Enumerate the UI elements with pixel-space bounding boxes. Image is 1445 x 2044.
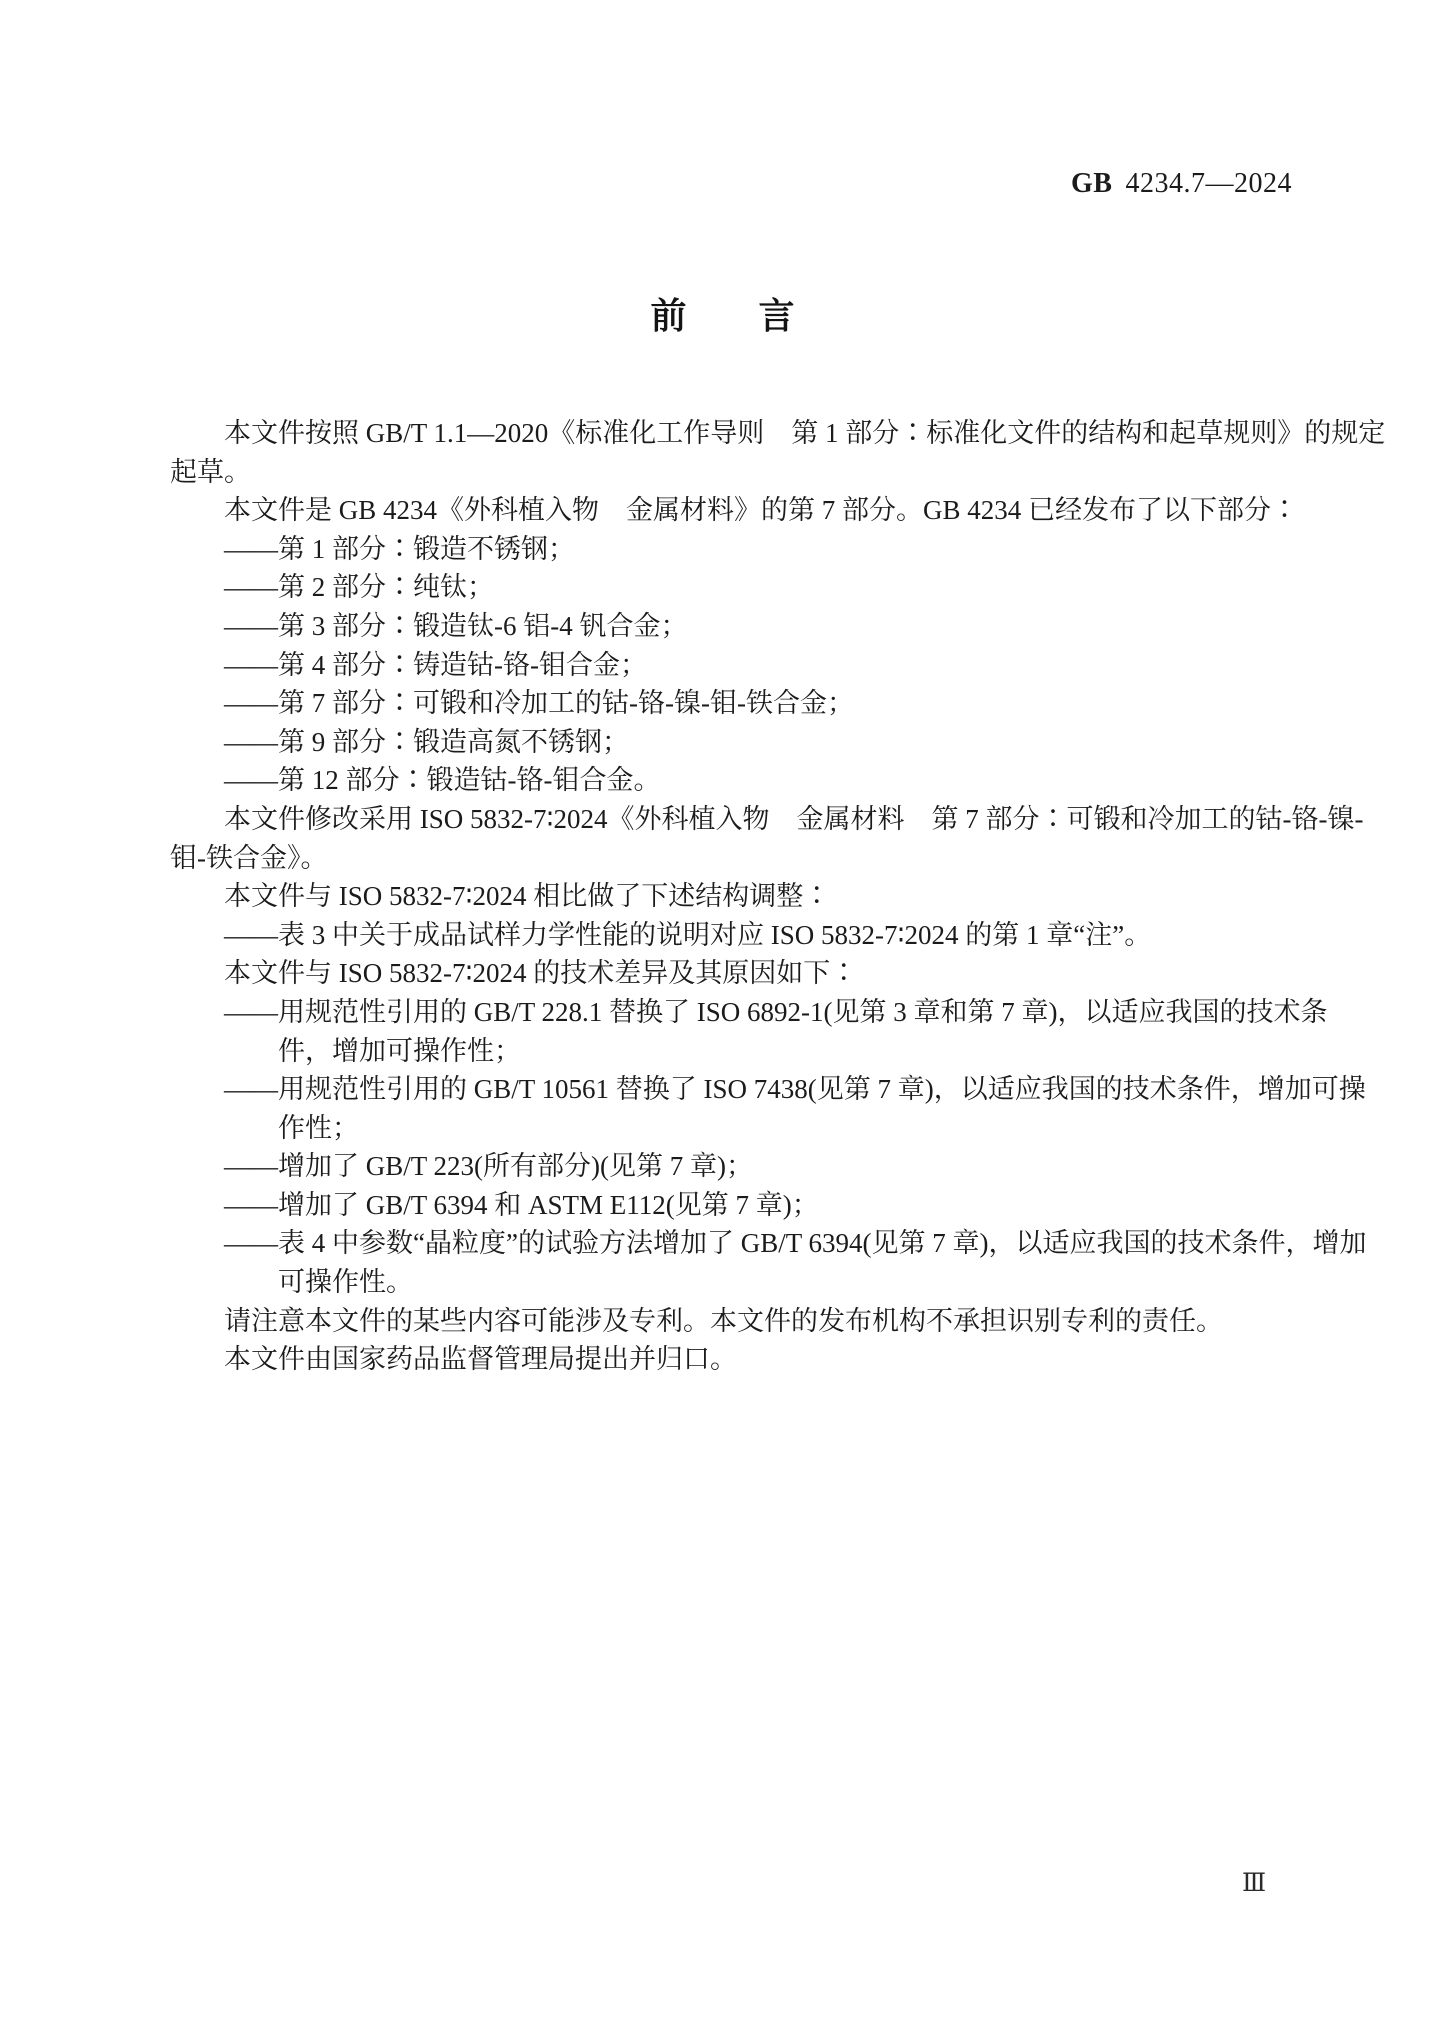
document-page: GB4234.7—2024 前 言 本文件按照 GB/T 1.1—2020《标准… [0, 0, 1445, 2044]
foreword-list-item: ——第 9 部分∶锻造高氮不锈钢； [170, 723, 1315, 762]
foreword-line: 本文件与 ISO 5832-7∶2024 的技术差异及其原因如下∶ [170, 954, 1315, 993]
foreword-list-item: ——第 1 部分∶锻造不锈钢； [170, 530, 1315, 569]
foreword-line: 本文件修改采用 ISO 5832-7∶2024《外科植入物 金属材料 第 7 部… [170, 800, 1315, 839]
foreword-list-item: ——第 7 部分∶可锻和冷加工的钴-铬-镍-钼-铁合金； [170, 684, 1315, 723]
foreword-line: 起草。 [170, 453, 1315, 492]
foreword-list-item: ——增加了 GB/T 223(所有部分)(见第 7 章)； [170, 1147, 1315, 1186]
page-number: Ⅲ [1242, 1868, 1266, 1898]
foreword-line: 本文件与 ISO 5832-7∶2024 相比做了下述结构调整∶ [170, 877, 1315, 916]
foreword-line: 请注意本文件的某些内容可能涉及专利。本文件的发布机构不承担识别专利的责任。 [170, 1302, 1315, 1341]
foreword-list-continuation: 可操作性。 [170, 1263, 1315, 1302]
foreword-list-item: ——第 2 部分∶纯钛； [170, 568, 1315, 607]
foreword-list-item: ——表 4 中参数“晶粒度”的试验方法增加了 GB/T 6394(见第 7 章)… [170, 1224, 1315, 1263]
foreword-body: 本文件按照 GB/T 1.1—2020《标准化工作导则 第 1 部分∶标准化文件… [170, 414, 1315, 1379]
foreword-list-item: ——用规范性引用的 GB/T 10561 替换了 ISO 7438(见第 7 章… [170, 1070, 1315, 1109]
standard-number: GB4234.7—2024 [1071, 168, 1292, 200]
foreword-list-item: ——第 12 部分∶锻造钴-铬-钼合金。 [170, 761, 1315, 800]
foreword-list-item: ——表 3 中关于成品试样力学性能的说明对应 ISO 5832-7∶2024 的… [170, 916, 1315, 955]
foreword-line: 本文件按照 GB/T 1.1—2020《标准化工作导则 第 1 部分∶标准化文件… [170, 414, 1315, 453]
standard-code: GB [1071, 168, 1112, 199]
standard-edition: 4234.7—2024 [1126, 168, 1293, 199]
foreword-list-continuation: 作性； [170, 1109, 1315, 1148]
foreword-line: 本文件由国家药品监督管理局提出并归口。 [170, 1340, 1315, 1379]
foreword-line: 钼-铁合金》。 [170, 839, 1315, 878]
foreword-list-item: ——第 4 部分∶铸造钴-铬-钼合金； [170, 646, 1315, 685]
foreword-line: 本文件是 GB 4234《外科植入物 金属材料》的第 7 部分。GB 4234 … [170, 491, 1315, 530]
foreword-list-item: ——用规范性引用的 GB/T 228.1 替换了 ISO 6892-1(见第 3… [170, 993, 1315, 1032]
foreword-list-continuation: 件，增加可操作性； [170, 1032, 1315, 1071]
foreword-list-item: ——增加了 GB/T 6394 和 ASTM E112(见第 7 章)； [170, 1186, 1315, 1225]
foreword-list-item: ——第 3 部分∶锻造钛-6 铝-4 钒合金； [170, 607, 1315, 646]
page-title: 前 言 [0, 288, 1445, 339]
